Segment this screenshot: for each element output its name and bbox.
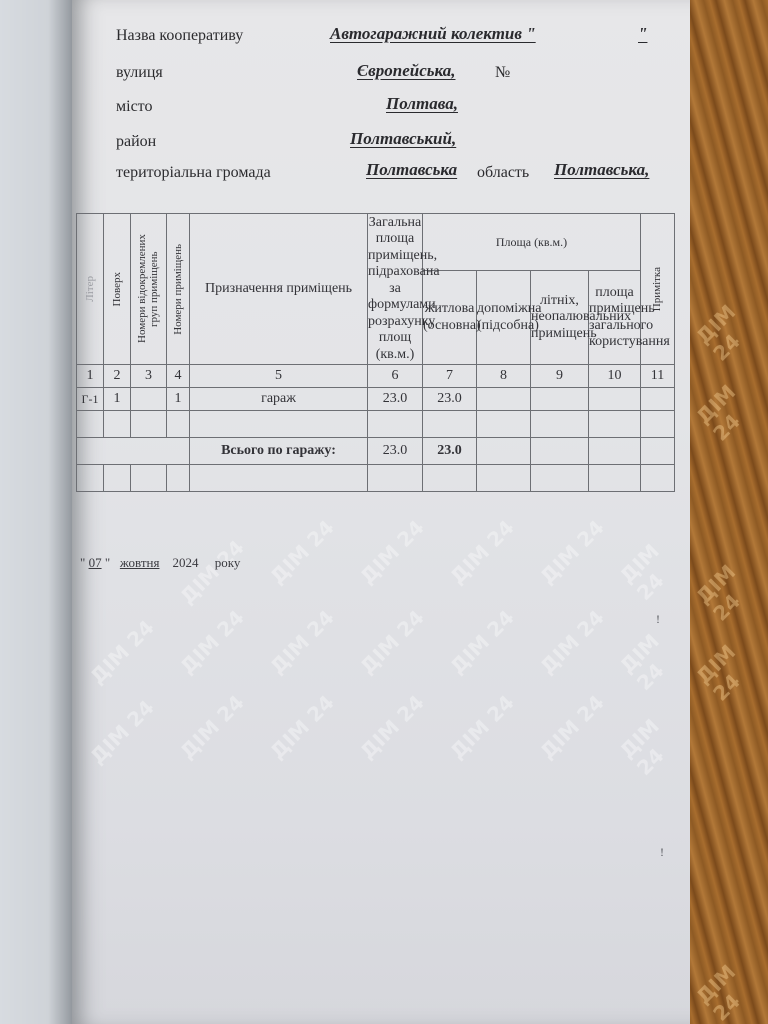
- cell-purpose: гараж: [190, 388, 368, 411]
- total-area-value: 23.0: [368, 438, 423, 465]
- column-number: 1: [77, 365, 104, 388]
- column-number: 8: [477, 365, 531, 388]
- cooperative-value-end: ": [638, 24, 647, 44]
- watermark: ДІМ 24: [445, 605, 519, 679]
- watermark: ДІМ 24: [355, 690, 429, 764]
- table-header-row: Літер Поверх Номери відокремлених груп п…: [77, 214, 675, 271]
- watermark: ДІМ 24: [85, 695, 159, 769]
- margin-mark: !: [660, 845, 664, 860]
- column-number: 2: [104, 365, 131, 388]
- watermark: ДІМ 24: [691, 942, 768, 1024]
- header-total-area: Загальна площа приміщень, підрахована за…: [368, 214, 423, 365]
- premises-table: Літер Поверх Номери відокремлених груп п…: [76, 213, 675, 492]
- community-value: Полтавська: [366, 160, 457, 180]
- cell-group: [131, 388, 167, 411]
- watermark: ДІМ 24: [85, 615, 159, 689]
- column-number: 3: [131, 365, 167, 388]
- total-label: Всього по гаражу:: [190, 438, 368, 465]
- table-row-empty: [77, 465, 675, 492]
- cell-common: [589, 388, 641, 411]
- column-numbers-row: 1 2 3 4 5 6 7 8 9 10 11: [77, 365, 675, 388]
- column-number: 11: [641, 365, 675, 388]
- document-page: ДІМ 24 ДІМ 24 ДІМ 24 ДІМ 24 ДІМ 24 ДІМ 2…: [72, 0, 690, 1024]
- table-row-empty: [77, 411, 675, 438]
- header-area-group: Площа (кв.м.): [423, 214, 641, 271]
- date-day: 07: [89, 555, 102, 570]
- total-row: Всього по гаражу: 23.0 23.0: [77, 438, 675, 465]
- header-auxiliary: допоміжна (підсобна): [477, 271, 531, 365]
- header-common: площа приміщень загального користування: [589, 271, 641, 365]
- cell-floor: 1: [104, 388, 131, 411]
- watermark: ДІМ 24: [265, 690, 339, 764]
- column-number: 4: [167, 365, 190, 388]
- watermark: ДІМ 24: [355, 605, 429, 679]
- cooperative-value: Автогаражний колектив ": [330, 24, 536, 44]
- cell-note: [641, 388, 675, 411]
- header-living: житлова (основна): [423, 271, 477, 365]
- watermark: ДІМ 24: [265, 515, 339, 589]
- wooden-table-background: ДІМ 24 ДІМ 24 ДІМ 24 ДІМ 24 ДІМ 24: [688, 0, 768, 1024]
- watermark: ДІМ 24: [265, 605, 339, 679]
- district-label: район: [116, 133, 156, 151]
- street-value: Європейська,: [357, 61, 455, 81]
- watermark: ДІМ 24: [691, 622, 768, 705]
- district-value: Полтавський,: [350, 129, 456, 149]
- watermark: ДІМ 24: [535, 690, 609, 764]
- cell-room: 1: [167, 388, 190, 411]
- cell-total: 23.0: [368, 388, 423, 411]
- table-row: Г-1 1 1 гараж 23.0 23.0: [77, 388, 675, 411]
- cell-liter: Г-1: [77, 388, 104, 411]
- column-number: 6: [368, 365, 423, 388]
- region-label: область: [477, 164, 529, 182]
- watermark: ДІМ 24: [175, 535, 249, 609]
- cell-summer: [531, 388, 589, 411]
- watermark: ДІМ 24: [615, 523, 697, 605]
- column-number: 5: [190, 365, 368, 388]
- total-living-value: 23.0: [423, 438, 477, 465]
- header-liter: Літер: [77, 214, 104, 365]
- cell-living: 23.0: [423, 388, 477, 411]
- watermark: ДІМ 24: [615, 698, 697, 780]
- watermark: ДІМ 24: [535, 605, 609, 679]
- community-label: територіальна громада: [116, 164, 271, 182]
- header-room-numbers: Номери приміщень: [167, 214, 190, 365]
- city-label: місто: [116, 98, 152, 116]
- margin-mark: !: [656, 612, 660, 627]
- column-number: 9: [531, 365, 589, 388]
- city-value: Полтава,: [386, 94, 458, 114]
- previous-page-edge: [0, 0, 80, 1024]
- watermark: ДІМ 24: [691, 362, 768, 445]
- watermark: ДІМ 24: [691, 282, 768, 365]
- watermark: ДІМ 24: [445, 515, 519, 589]
- watermark: ДІМ 24: [175, 690, 249, 764]
- date-month: жовтня: [120, 555, 160, 570]
- header-purpose: Призначення приміщень: [190, 214, 368, 365]
- number-label: №: [495, 64, 510, 82]
- watermark: ДІМ 24: [535, 515, 609, 589]
- cell-aux: [477, 388, 531, 411]
- watermark: ДІМ 24: [175, 605, 249, 679]
- region-value: Полтавська,: [554, 160, 649, 180]
- header-group-numbers: Номери відокремлених груп приміщень: [131, 214, 167, 365]
- cooperative-label: Назва кооперативу: [116, 27, 243, 45]
- date-suffix: року: [215, 555, 241, 570]
- watermark: ДІМ 24: [445, 690, 519, 764]
- watermark: ДІМ 24: [355, 515, 429, 589]
- date-year: 2024: [172, 555, 198, 570]
- date-line: " 07 " жовтня 2024 року: [80, 555, 240, 571]
- column-number: 7: [423, 365, 477, 388]
- header-summer: літніх, неопалювальних приміщень: [531, 271, 589, 365]
- street-label: вулиця: [116, 64, 163, 82]
- header-floor: Поверх: [104, 214, 131, 365]
- watermark: ДІМ 24: [691, 542, 768, 625]
- column-number: 10: [589, 365, 641, 388]
